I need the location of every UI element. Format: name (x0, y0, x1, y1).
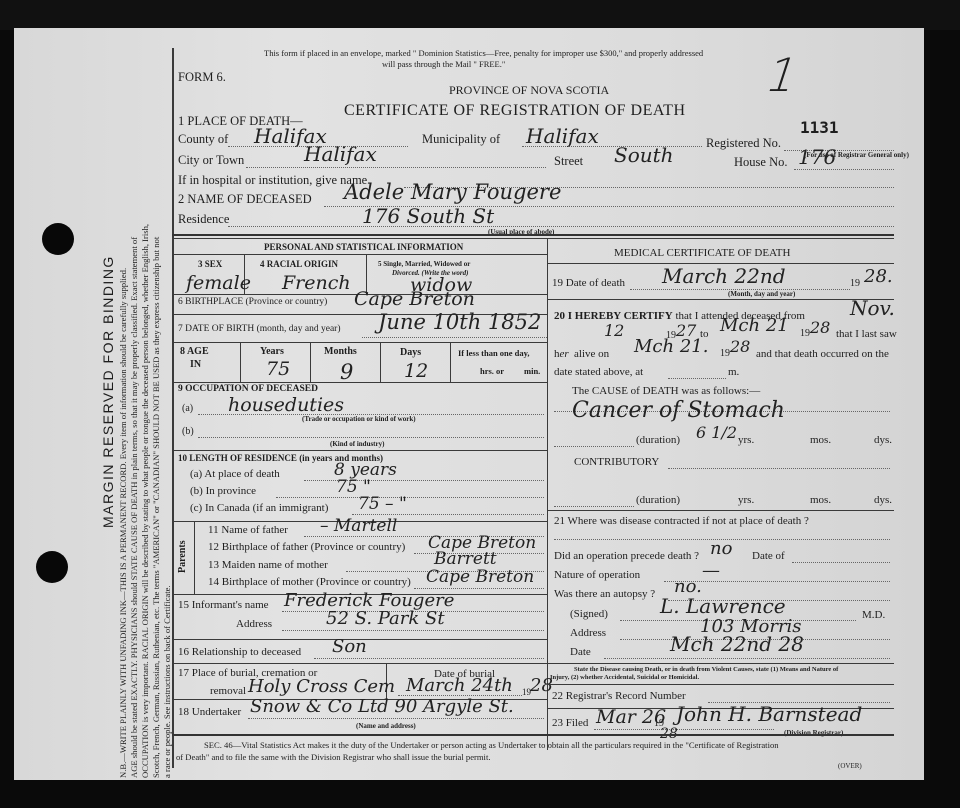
physician-date-label: Date (570, 646, 591, 658)
marital-label-1: 5 Single, Married, Widowed or (378, 260, 470, 268)
column-divider (547, 238, 548, 750)
cause-label: The CAUSE of DEATH was as follows:— (572, 385, 760, 397)
record-number-label: 22 Registrar's Record Number (552, 690, 686, 702)
envelope-note: This form if placed in an envelope, mark… (264, 48, 703, 58)
contracted-label: 21 Where was disease contracted if not a… (554, 515, 809, 527)
duration-value: 6 1/2 (696, 423, 737, 442)
contrib-mos-label: mos. (810, 494, 831, 506)
age-years-label: Years (260, 346, 284, 357)
age-min-label: min. (524, 366, 540, 376)
occupation-a-value: houseduties (228, 394, 344, 416)
city-label: City or Town (178, 153, 244, 168)
dob-label: 7 DATE OF BIRTH (month, day and year) (178, 324, 340, 334)
operation-label: Did an operation precede death ? (554, 550, 699, 562)
burial-removal-label: removal (210, 685, 246, 697)
burial-date-value: March 24th (406, 675, 513, 696)
house-no-label: House No. (734, 155, 787, 170)
res-canada-value: 75 – " (358, 494, 407, 514)
certificate-title: CERTIFICATE OF REGISTRATION OF DEATH (344, 102, 686, 120)
sex-value: female (186, 272, 251, 294)
death-year-prefix: 19 (850, 278, 860, 289)
her-label: her (554, 348, 569, 360)
state-note-2: Injury, (2) whether Accidental, Suicidal… (550, 674, 699, 681)
registered-no-label: Registered No. (706, 136, 781, 151)
age-less-label: If less than one day, (458, 348, 530, 358)
city-value: Halifax (304, 142, 377, 166)
occupation-b-label: (b) (182, 426, 194, 437)
mother-birthplace-value: Cape Breton (426, 567, 534, 587)
res-canada-label: (c) In Canada (if an immigrant) (190, 502, 328, 514)
contrib-yrs-label: yrs. (738, 494, 754, 506)
nature-operation-value: — (702, 560, 720, 581)
undertaker-label: 18 Undertaker (178, 706, 241, 718)
municipality-label: Municipality of (422, 132, 500, 147)
date-stated-label: date stated above, at (554, 366, 643, 378)
birthplace-value: Cape Breton (354, 288, 475, 310)
informant-address-label: Address (236, 618, 272, 630)
sec46-line-1: SEC. 46—Vital Statistics Act makes it th… (204, 740, 779, 750)
father-name-value: – Martell (320, 516, 397, 536)
punch-hole-bottom (36, 551, 68, 583)
age-label: 8 AGE (180, 346, 209, 357)
res-province-label: (b) In province (190, 485, 256, 497)
md-label: M.D. (862, 609, 885, 621)
age-days-value: 12 (404, 360, 428, 382)
death-date-label: 19 Date of death (552, 277, 625, 289)
occupation-a-label: (a) (182, 403, 193, 414)
age-days-label: Days (400, 347, 421, 358)
dys-label: dys. (874, 434, 892, 446)
dob-value: June 10th 1852 (378, 310, 541, 334)
nature-operation-label: Nature of operation (554, 569, 640, 581)
state-note-1: State the Disease causing Death, or in d… (574, 666, 838, 673)
father-name-label: 11 Name of father (208, 524, 288, 536)
res-at-place-label: (a) At place of death (190, 468, 280, 480)
contributory-label: CONTRIBUTORY (574, 456, 659, 468)
informant-name-label: 15 Informant's name (178, 599, 269, 611)
alive-year-prefix: 19 (720, 348, 730, 359)
filed-label: 23 Filed (552, 717, 588, 729)
yrs-label: yrs. (738, 434, 754, 446)
mos-label: mos. (810, 434, 831, 446)
occupation-b-note: (Kind of industry) (330, 440, 384, 448)
alive-year: 28 (730, 337, 750, 356)
signed-label: (Signed) (570, 608, 608, 620)
physician-address-label: Address (570, 627, 606, 639)
attended-to-value: Mch 21 (720, 315, 789, 336)
signed-value: L. Lawrence (660, 594, 786, 618)
margin-binding-title: MARGIN RESERVED FOR BINDING (100, 255, 116, 528)
sex-label: 3 SEX (198, 259, 222, 269)
death-certificate: MARGIN RESERVED FOR BINDING N.B.—WRITE P… (14, 28, 924, 780)
registered-no-value: 1131 (800, 118, 839, 137)
father-birthplace-label: 12 Birthplace of father (Province or cou… (208, 541, 405, 553)
alive-on-value: Mch 21. (634, 336, 708, 357)
margin-instructions: N.B.—WRITE PLAINLY WITH UNFADING INK—THI… (118, 224, 173, 778)
hospital-label: If in hospital or institution, give name (178, 173, 367, 188)
deceased-name-value: Adele Mary Fougere (344, 180, 561, 204)
punch-hole-top (42, 223, 74, 255)
occupation-label: 9 OCCUPATION OF DECEASED (178, 384, 318, 394)
contrib-dys-label: dys. (874, 494, 892, 506)
over-label: (OVER) (838, 762, 862, 770)
last-saw-label: that I last saw (836, 328, 897, 340)
relationship-value: Son (332, 636, 367, 657)
age-months-label: Months (324, 346, 357, 357)
age-years-value: 75 (266, 358, 290, 380)
relationship-label: 16 Relationship to deceased (178, 646, 301, 658)
racial-origin-label: 4 RACIAL ORIGIN (260, 259, 338, 269)
envelope-note-2: will pass through the Mail " FREE." (382, 59, 505, 69)
attended-from-day: 12 (604, 321, 624, 340)
burial-place-value: Holy Cross Cem (248, 676, 395, 697)
form-number: FORM 6. (178, 70, 226, 85)
age-months-value: 9 (340, 360, 353, 384)
informant-address-value: 52 S. Park St (326, 608, 445, 629)
contrib-duration-label: (duration) (636, 494, 680, 506)
mother-birthplace-label: 14 Birthplace of mother (Province or cou… (208, 576, 411, 588)
attended-to-year: 28 (810, 318, 830, 337)
undertaker-note: (Name and address) (356, 722, 416, 730)
county-label: County of (178, 132, 228, 147)
birthplace-label: 6 BIRTHPLACE (Province or country) (178, 297, 327, 307)
duration-label: (duration) (636, 434, 680, 446)
occurred-label: and that death occurred on the (756, 348, 889, 360)
house-no-value: 176 (798, 145, 836, 169)
registrar-signature: John H. Barnstead (676, 702, 862, 726)
operation-value: no (710, 538, 732, 559)
occupation-a-note: (Trade or occupation or kind of work) (302, 415, 416, 423)
province-label: PROVINCE OF NOVA SCOTIA (449, 83, 609, 98)
m-label: m. (728, 366, 739, 378)
sec46-line-2: of Death" and to file the same with the … (176, 752, 491, 762)
alive-on-label: alive on (574, 348, 609, 360)
date-of-label: Date of (752, 550, 785, 562)
mother-name-value: Barrett (434, 549, 497, 569)
attended-from-value: Nov. (850, 296, 895, 320)
residence-value: 176 South St (362, 204, 494, 228)
medical-header: MEDICAL CERTIFICATE OF DEATH (614, 247, 790, 259)
cause-value: Cancer of Stomach (572, 398, 785, 423)
street-label: Street (554, 154, 583, 169)
personal-header: PERSONAL AND STATISTICAL INFORMATION (264, 242, 463, 252)
street-value: South (614, 143, 674, 167)
death-date-value: March 22nd (662, 264, 786, 288)
autopsy-label: Was there an autopsy ? (554, 588, 655, 600)
top-handwritten-mark: 1 (759, 48, 806, 102)
racial-origin-value: French (282, 272, 351, 294)
form-left-border (172, 48, 174, 768)
parents-label: Parents (177, 540, 188, 573)
municipality-value: Halifax (526, 124, 599, 148)
age-in-label: IN (190, 359, 201, 370)
death-date-note: (Month, day and year) (728, 290, 795, 298)
attended-to-year-prefix: 19 (800, 328, 810, 339)
age-hrs-label: hrs. or (480, 366, 504, 376)
scan-border-top (0, 0, 960, 30)
undertaker-value: Snow & Co Ltd 90 Argyle St. (250, 696, 514, 717)
physician-date-value: Mch 22nd 28 (670, 632, 804, 656)
death-year-value: 28. (864, 266, 893, 287)
deceased-name-label: 2 NAME OF DECEASED (178, 192, 312, 207)
residence-label: Residence (178, 212, 229, 227)
mother-name-label: 13 Maiden name of mother (208, 559, 328, 571)
